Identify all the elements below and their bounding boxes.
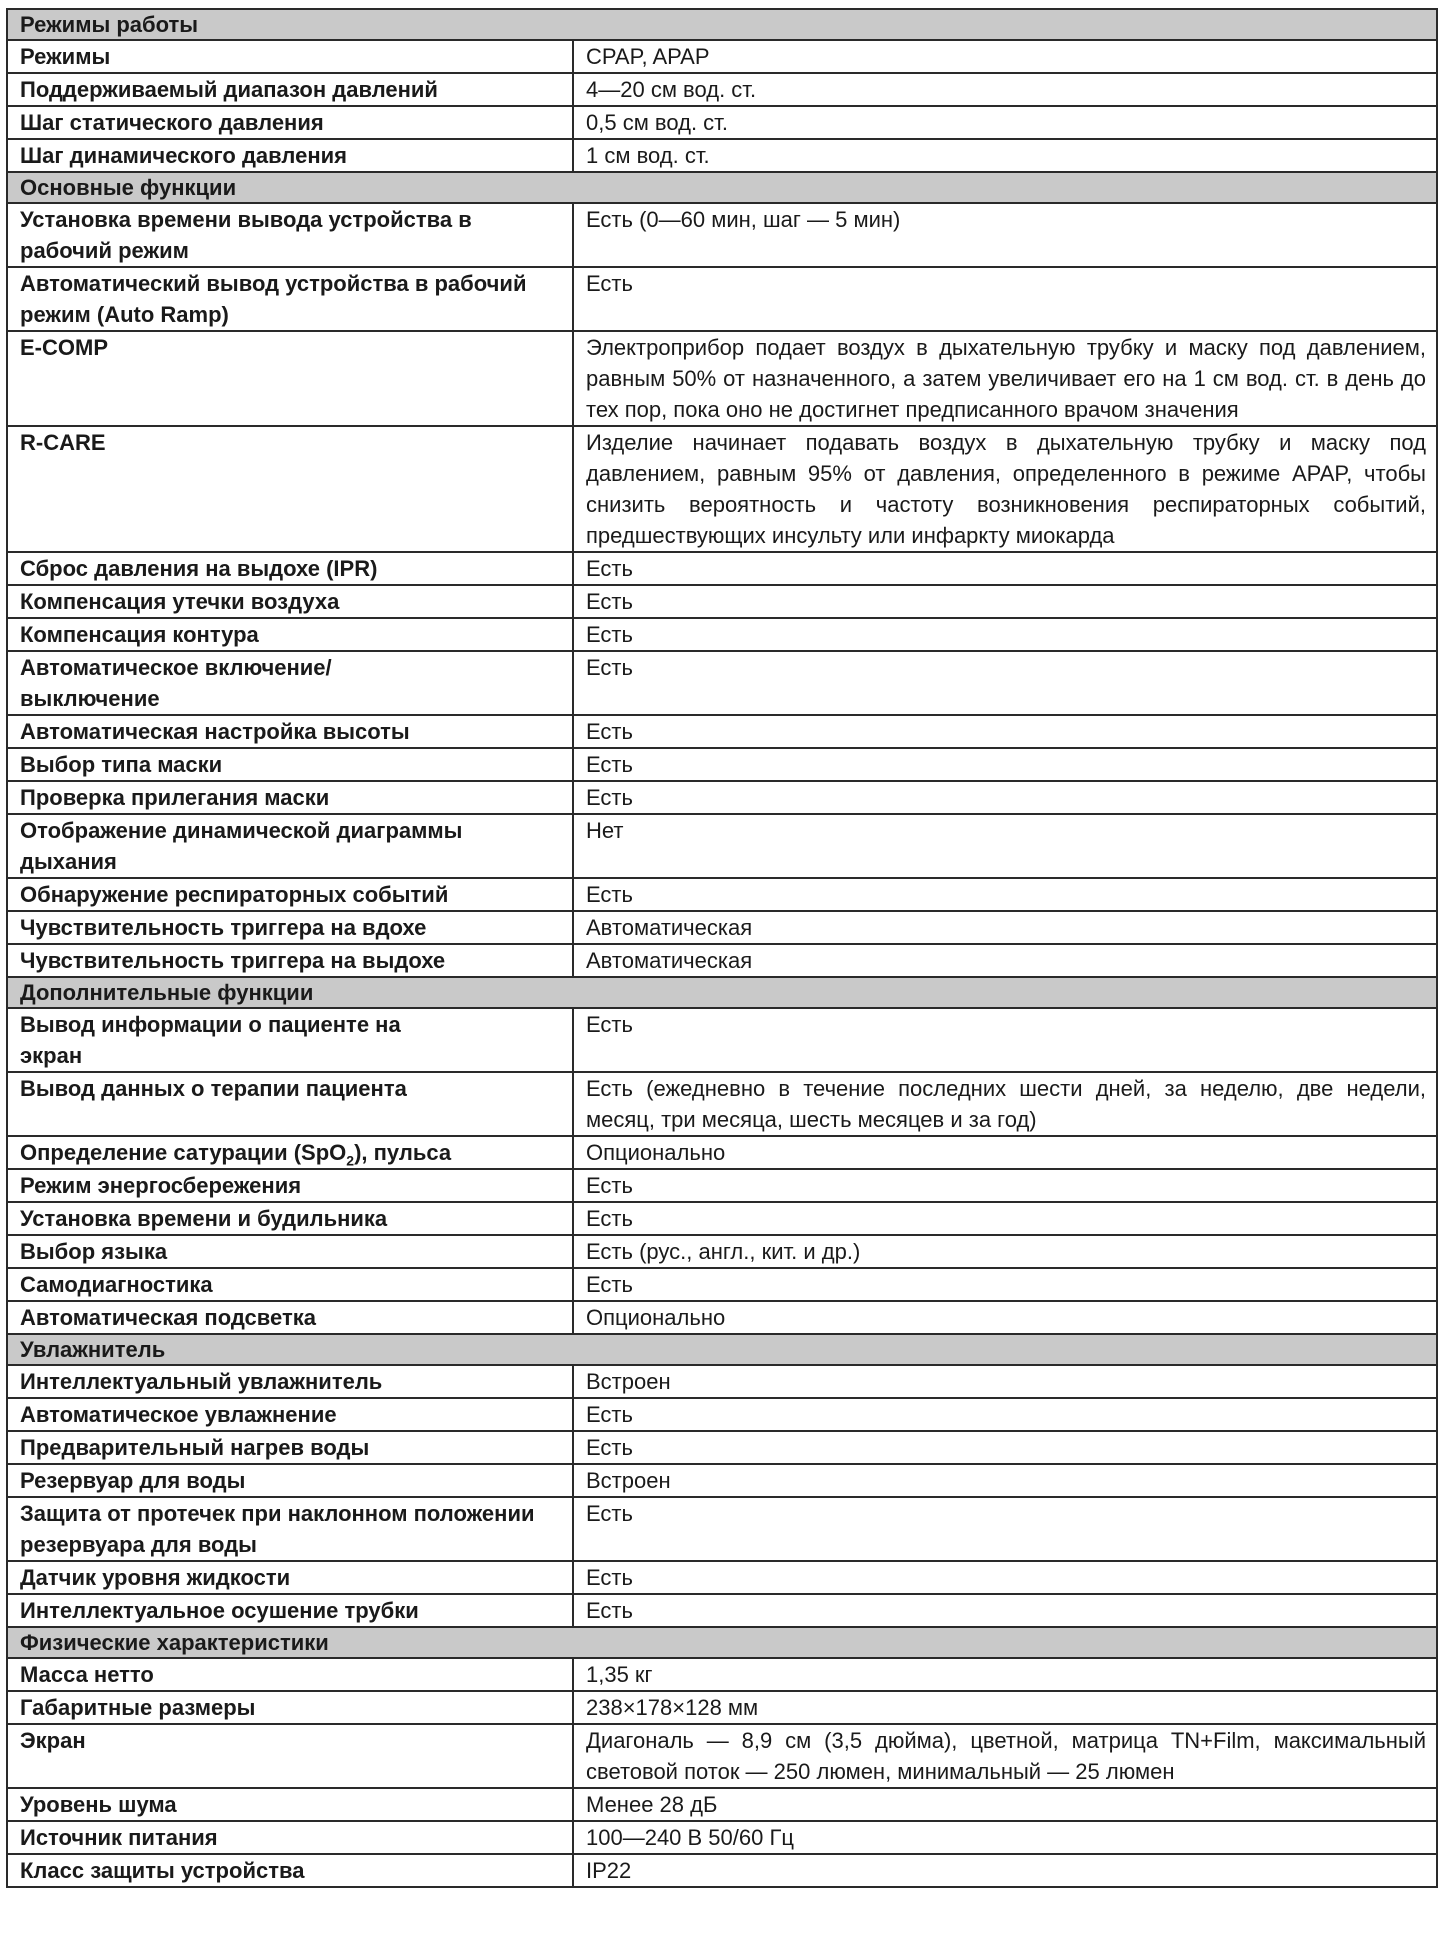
spec-label: Шаг динамического давления	[7, 139, 573, 172]
spec-value: Есть	[573, 1169, 1437, 1202]
spec-label: Компенсация контура	[7, 618, 573, 651]
spec-label-text: Определение сатурации (SpO	[20, 1140, 346, 1165]
spec-row: Чувствительность триггера на выдохеАвтом…	[7, 944, 1437, 977]
spec-value: Есть	[573, 267, 1437, 331]
spec-value: 0,5 см вод. ст.	[573, 106, 1437, 139]
spec-label: Определение сатурации (SpO2), пульса	[7, 1136, 573, 1169]
spec-label: Предварительный нагрев воды	[7, 1431, 573, 1464]
section-header-row: Режимы работы	[7, 9, 1437, 40]
spec-row: Отображение динамической диаграммы дыхан…	[7, 814, 1437, 878]
spec-label: Выбор языка	[7, 1235, 573, 1268]
spec-label: Масса нетто	[7, 1658, 573, 1691]
spec-value: Есть	[573, 1594, 1437, 1627]
spec-value: Встроен	[573, 1365, 1437, 1398]
spec-row: Класс защиты устройстваIP22	[7, 1854, 1437, 1887]
spec-value: Встроен	[573, 1464, 1437, 1497]
spec-label: Режимы	[7, 40, 573, 73]
spec-label: Источник питания	[7, 1821, 573, 1854]
spec-row: Автоматическое включение/выключениеЕсть	[7, 651, 1437, 715]
spec-label: Класс защиты устройства	[7, 1854, 573, 1887]
spec-label: R-CARE	[7, 426, 573, 552]
spec-row: Шаг статического давления0,5 см вод. ст.	[7, 106, 1437, 139]
spec-row: R-CAREИзделие начинает подавать воздух в…	[7, 426, 1437, 552]
spec-row: Установка времени и будильникаЕсть	[7, 1202, 1437, 1235]
specifications-table: Режимы работыРежимыCPAP, APAPПоддерживае…	[6, 8, 1438, 1888]
section-title: Режимы работы	[7, 9, 1437, 40]
spec-row: E-COMPЭлектроприбор подает воздух в дыха…	[7, 331, 1437, 426]
spec-label: Экран	[7, 1724, 573, 1788]
spec-label: Чувствительность триггера на выдохе	[7, 944, 573, 977]
spec-row: Предварительный нагрев водыЕсть	[7, 1431, 1437, 1464]
spec-value: Есть	[573, 748, 1437, 781]
spec-row: Режим энергосбереженияЕсть	[7, 1169, 1437, 1202]
spec-value: Есть (0—60 мин, шаг — 5 мин)	[573, 203, 1437, 267]
spec-row: Автоматическая подсветкаОпционально	[7, 1301, 1437, 1334]
spec-row: Масса нетто1,35 кг	[7, 1658, 1437, 1691]
spec-value: 100—240 В 50/60 Гц	[573, 1821, 1437, 1854]
spec-row: Защита от протечек при наклонном положен…	[7, 1497, 1437, 1561]
spec-label: Интеллектуальное осушение трубки	[7, 1594, 573, 1627]
spec-row: Вывод информации о пациенте на экранЕсть	[7, 1008, 1437, 1072]
spec-value: Есть	[573, 878, 1437, 911]
spec-row: Датчик уровня жидкостиЕсть	[7, 1561, 1437, 1594]
spec-value: Есть	[573, 1398, 1437, 1431]
spec-row: Уровень шумаМенее 28 дБ	[7, 1788, 1437, 1821]
spec-row: Сброс давления на выдохе (IPR)Есть	[7, 552, 1437, 585]
spec-value: Есть	[573, 1561, 1437, 1594]
section-title: Физические характеристики	[7, 1627, 1437, 1658]
spec-row: Компенсация контураЕсть	[7, 618, 1437, 651]
spec-label: Шаг статического давления	[7, 106, 573, 139]
spec-label: Автоматическое увлажнение	[7, 1398, 573, 1431]
section-header-row: Дополнительные функции	[7, 977, 1437, 1008]
spec-label: Вывод данных о терапии пациента	[7, 1072, 573, 1136]
spec-label: Датчик уровня жидкости	[7, 1561, 573, 1594]
spec-value: Автоматическая	[573, 944, 1437, 977]
spec-value: Есть	[573, 1268, 1437, 1301]
spec-value: 238×178×128 мм	[573, 1691, 1437, 1724]
spec-value: Есть (ежедневно в течение последних шест…	[573, 1072, 1437, 1136]
spec-label-tail: ), пульса	[354, 1140, 451, 1165]
spec-row: Шаг динамического давления1 см вод. ст.	[7, 139, 1437, 172]
spec-label: Обнаружение респираторных событий	[7, 878, 573, 911]
spec-value: Автоматическая	[573, 911, 1437, 944]
spec-value: Есть	[573, 618, 1437, 651]
spec-value: IP22	[573, 1854, 1437, 1887]
spec-label: Компенсация утечки воздуха	[7, 585, 573, 618]
spec-label: Габаритные размеры	[7, 1691, 573, 1724]
spec-value: Электроприбор подает воздух в дыхательну…	[573, 331, 1437, 426]
spec-label: Защита от протечек при наклонном положен…	[7, 1497, 573, 1561]
spec-value: Есть	[573, 585, 1437, 618]
spec-row: Обнаружение респираторных событийЕсть	[7, 878, 1437, 911]
spec-row: Установка времени вывода устройства в ра…	[7, 203, 1437, 267]
spec-value: Есть	[573, 1202, 1437, 1235]
spec-row: Автоматическая настройка высотыЕсть	[7, 715, 1437, 748]
spec-row: Проверка прилегания маскиЕсть	[7, 781, 1437, 814]
spec-row: РежимыCPAP, APAP	[7, 40, 1437, 73]
spec-label: Интеллектуальный увлажнитель	[7, 1365, 573, 1398]
spec-label-subscript: 2	[346, 1152, 354, 1168]
spec-value: Есть	[573, 552, 1437, 585]
spec-row: Определение сатурации (SpO2), пульсаОпци…	[7, 1136, 1437, 1169]
spec-row: ЭкранДиагональ — 8,9 см (3,5 дюйма), цве…	[7, 1724, 1437, 1788]
spec-label: Автоматическая подсветка	[7, 1301, 573, 1334]
section-header-row: Основные функции	[7, 172, 1437, 203]
section-title: Дополнительные функции	[7, 977, 1437, 1008]
spec-label: Самодиагностика	[7, 1268, 573, 1301]
spec-value: Есть	[573, 781, 1437, 814]
spec-row: Поддерживаемый диапазон давлений4—20 см …	[7, 73, 1437, 106]
spec-value: Есть	[573, 715, 1437, 748]
spec-value: 1 см вод. ст.	[573, 139, 1437, 172]
spec-value: Есть	[573, 1497, 1437, 1561]
spec-row: Автоматическое увлажнениеЕсть	[7, 1398, 1437, 1431]
spec-value: Менее 28 дБ	[573, 1788, 1437, 1821]
spec-value: Есть	[573, 1008, 1437, 1072]
spec-value: Есть	[573, 651, 1437, 715]
section-title: Основные функции	[7, 172, 1437, 203]
spec-value: Есть	[573, 1431, 1437, 1464]
spec-label: Чувствительность триггера на вдохе	[7, 911, 573, 944]
spec-label: Проверка прилегания маски	[7, 781, 573, 814]
spec-value: 4—20 см вод. ст.	[573, 73, 1437, 106]
spec-label: Уровень шума	[7, 1788, 573, 1821]
spec-value: Диагональ — 8,9 см (3,5 дюйма), цветной,…	[573, 1724, 1437, 1788]
spec-row: СамодиагностикаЕсть	[7, 1268, 1437, 1301]
spec-row: Резервуар для водыВстроен	[7, 1464, 1437, 1497]
spec-label: Вывод информации о пациенте на экран	[7, 1008, 573, 1072]
section-header-row: Увлажнитель	[7, 1334, 1437, 1365]
spec-label: Автоматическое включение/выключение	[7, 651, 573, 715]
spec-row: Выбор языкаЕсть (рус., англ., кит. и др.…	[7, 1235, 1437, 1268]
spec-label: Режим энергосбережения	[7, 1169, 573, 1202]
spec-row: Выбор типа маскиЕсть	[7, 748, 1437, 781]
spec-label: Выбор типа маски	[7, 748, 573, 781]
section-title: Увлажнитель	[7, 1334, 1437, 1365]
spec-value: Опционально	[573, 1136, 1437, 1169]
spec-label: Установка времени и будильника	[7, 1202, 573, 1235]
spec-value: Нет	[573, 814, 1437, 878]
spec-label: Автоматический вывод устройства в рабочи…	[7, 267, 573, 331]
spec-value: CPAP, APAP	[573, 40, 1437, 73]
spec-label: Сброс давления на выдохе (IPR)	[7, 552, 573, 585]
spec-row: Чувствительность триггера на вдохеАвтома…	[7, 911, 1437, 944]
spec-value: Опционально	[573, 1301, 1437, 1334]
spec-label: E-COMP	[7, 331, 573, 426]
spec-value: 1,35 кг	[573, 1658, 1437, 1691]
spec-row: Интеллектуальное осушение трубкиЕсть	[7, 1594, 1437, 1627]
spec-label: Поддерживаемый диапазон давлений	[7, 73, 573, 106]
spec-label: Установка времени вывода устройства в ра…	[7, 203, 573, 267]
spec-row: Интеллектуальный увлажнительВстроен	[7, 1365, 1437, 1398]
spec-row: Автоматический вывод устройства в рабочи…	[7, 267, 1437, 331]
spec-label: Отображение динамической диаграммы дыхан…	[7, 814, 573, 878]
spec-row: Вывод данных о терапии пациентаЕсть (еже…	[7, 1072, 1437, 1136]
spec-label: Резервуар для воды	[7, 1464, 573, 1497]
spec-value: Изделие начинает подавать воздух в дыхат…	[573, 426, 1437, 552]
spec-row: Источник питания100—240 В 50/60 Гц	[7, 1821, 1437, 1854]
spec-value: Есть (рус., англ., кит. и др.)	[573, 1235, 1437, 1268]
section-header-row: Физические характеристики	[7, 1627, 1437, 1658]
spec-row: Габаритные размеры238×178×128 мм	[7, 1691, 1437, 1724]
spec-row: Компенсация утечки воздухаЕсть	[7, 585, 1437, 618]
spec-label: Автоматическая настройка высоты	[7, 715, 573, 748]
